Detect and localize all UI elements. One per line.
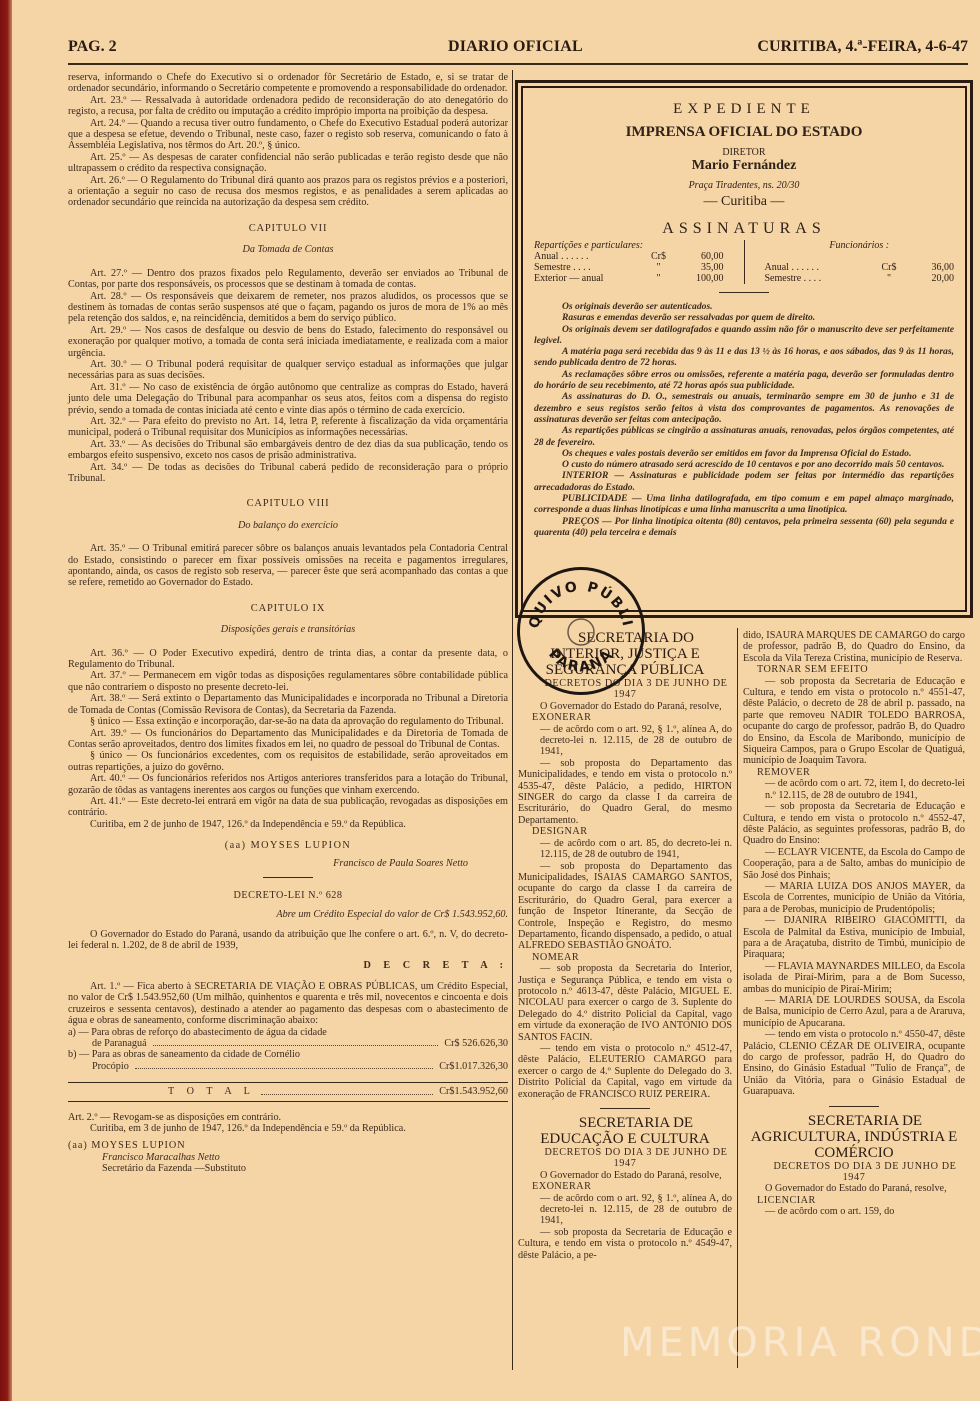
item-value: Cr$ 526.626,30 (444, 1038, 508, 1049)
article-24: Art. 24.º — Quando a recusa tiver outro … (68, 118, 508, 152)
publisher-name: IMPRENSA OFICIAL DO ESTADO (534, 124, 954, 141)
issue-date: CURITIBA, 4.ª-FEIRA, 4-6-47 (757, 38, 968, 56)
price-currency: " (874, 273, 904, 284)
newspaper-page: PAG. 2 DIARIO OFICIAL CURITIBA, 4.ª-FEIR… (60, 0, 975, 1401)
article-25: Art. 25.º — As despesas de carater confi… (68, 152, 508, 175)
item-label: b) — Para as obras de saneamento da cida… (68, 1049, 508, 1060)
chapter-subtitle: Disposições gerais e transitórias (68, 624, 508, 635)
paragraph: — sob proposta do Departamento das Munic… (518, 758, 732, 826)
svg-text:ARQUIVO PÚBLICO: ARQUIVO PÚBLICO (520, 570, 636, 630)
note: As reclamações sôbre erros ou omissões, … (534, 369, 954, 392)
price-label: Anual . . . . . . (534, 251, 644, 262)
paragraph: — sob proposta da Secretaria de Educação… (743, 801, 965, 847)
price-label: Semestre . . . . (534, 262, 644, 273)
dateline: Curitiba, em 2 de junho de 1947, 126.º d… (68, 819, 508, 830)
note: As assinaturas do D. O., semestrais ou a… (534, 391, 954, 425)
paragraph: — de acôrdo com o art. 159, do (743, 1206, 965, 1217)
article-36: Art. 36.º — O Poder Executivo expedirá, … (68, 648, 508, 671)
note: PREÇOS — Por linha linotípica oitenta (8… (534, 516, 954, 539)
article-31: Art. 31.º — No caso de existência de órg… (68, 382, 508, 416)
secretary-title: Secretário da Fazenda —Substituto (68, 1163, 508, 1174)
governor-signature: (aa) MOYSES LUPION (68, 1140, 508, 1151)
article-23: Art. 23.º — Ressalvada à autoridade orde… (68, 95, 508, 118)
subscription-prices: Repartições e particulares: Anual . . . … (534, 240, 954, 284)
paragraph: — de acôrdo com o art. 92, § 1.º, alínea… (518, 1193, 732, 1227)
governor-signature: (aa) MOYSES LUPION (68, 840, 508, 851)
paragraph: dido, ISAURA MARQUES DE CAMARGO do cargo… (743, 630, 965, 664)
note: A matéria paga será recebida das 9 às 11… (534, 346, 954, 369)
chapter-heading: CAPITULO VII (68, 223, 508, 234)
credit-total: T O T A L Cr$1.543.952,60 (68, 1082, 508, 1101)
watermark: MEMORIA RONDONENSE (620, 1320, 980, 1366)
divider (719, 292, 769, 293)
secretary-signature: Francisco de Paula Soares Netto (68, 858, 508, 869)
article-1: Art. 1.º — Fica aberto à SECRETARIA DE V… (68, 981, 508, 1027)
article-38: Art. 38.º — Será extinto o Departamento … (68, 693, 508, 716)
article-32: Art. 32.º — Para efeito do previsto no A… (68, 416, 508, 439)
paragraph: — sob proposta do Departamento das Munic… (518, 861, 732, 952)
decree-date: DECRETOS DO DIA 3 DE JUNHO DE 1947 (518, 1147, 732, 1170)
price-currency: " (644, 273, 674, 284)
price-label: Anual . . . . . . (765, 262, 875, 273)
right-column: dido, ISAURA MARQUES DE CAMARGO do cargo… (743, 630, 965, 1218)
article-34: Art. 34.º — De todas as decisões do Trib… (68, 462, 508, 485)
article-30: Art. 30.º — O Tribunal poderá requisitar… (68, 359, 508, 382)
decree-number: DECRETO-LEI N.º 628 (68, 890, 508, 901)
note: PUBLICIDADE — Uma linha datilografada, e… (534, 493, 954, 516)
total-value: Cr$1.543.952,60 (439, 1086, 508, 1097)
paragraph: — de acôrdo com o art. 92, § 1.º, alínea… (518, 724, 732, 758)
svg-text:PARANÁ: PARANÁ (545, 646, 617, 676)
article-2: Art. 2.º — Revogam-se as disposições em … (68, 1112, 508, 1123)
paragraph: — sob proposta da Secretaria do Interior… (518, 963, 732, 1043)
newspaper-title: DIARIO OFICIAL (448, 38, 583, 56)
chapter-subtitle: Da Tomada de Contas (68, 244, 508, 255)
note: O custo do número atrasado será acrescid… (534, 459, 954, 470)
column-rule (737, 628, 738, 1368)
section-heading-education: SECRETARIA DE EDUCAÇÃO E CULTURA (518, 1115, 732, 1147)
paragraph: — de acôrdo com o art. 72, item I, do de… (743, 778, 965, 801)
article-26: Art. 26.º — O Regulamento do Tribunal di… (68, 175, 508, 209)
note: INTERIOR — Assinaturas e publicidade pod… (534, 470, 954, 493)
archive-stamp: ARQUIVO PÚBLICO PARANÁ (517, 567, 645, 695)
expediente-title: EXPEDIENTE (534, 101, 954, 118)
paragraph: — de acôrdo com o art. 85, do decreto-le… (518, 838, 732, 861)
divider (600, 1108, 650, 1109)
paragraph: O Governador do Estado do Paraná, resolv… (743, 1183, 965, 1194)
note: Os cheques e vales postais deverão ser e… (534, 448, 954, 459)
price-label: Semestre . . . . (765, 273, 875, 284)
decree-date: DECRETOS DO DIA 3 DE JUNHO DE 1947 (743, 1161, 965, 1184)
secretary-signature: Francisco Maracalhas Netto (68, 1152, 508, 1163)
paragraph: — sob proposta da Secretaria de Educação… (518, 1227, 732, 1261)
article-38-paragraph: § único — Essa extinção e incorporação, … (68, 716, 508, 727)
article-39-paragraph: § único — Os funcionários excedentes, co… (68, 750, 508, 773)
article-27: Art. 27.º — Dentro dos prazos fixados pe… (68, 268, 508, 291)
action-heading: EXONERAR (518, 712, 732, 723)
paragraph: O Governador do Estado do Paraná, resolv… (518, 1170, 732, 1181)
item-label-cont: de Paranaguá (92, 1038, 147, 1049)
divider (263, 877, 313, 878)
subscription-group-label: Funcionários : (765, 240, 955, 251)
action-heading: NOMEAR (518, 952, 732, 963)
paragraph: reserva, informando o Chefe do Executivo… (68, 72, 508, 95)
subscriptions-title: ASSINATURAS (534, 220, 954, 238)
note: Os originais deverão ser autenticados. (534, 301, 954, 312)
header-rule (68, 63, 968, 65)
paragraph: — ECLAYR VICENTE, da Escola do Campo de … (743, 847, 965, 881)
article-41: Art. 41.º — Este decreto-lei entrará em … (68, 796, 508, 819)
item-label-cont: Procópio (92, 1061, 129, 1072)
action-heading: LICENCIAR (743, 1195, 965, 1206)
decree-intro: O Governador do Estado do Paraná, usando… (68, 929, 508, 952)
item-value: Cr$1.017.326,30 (439, 1061, 508, 1072)
action-heading: TORNAR SEM EFEITO (743, 664, 965, 675)
chapter-heading: CAPITULO VIII (68, 498, 508, 509)
paragraph: — sob proposta da Secretaria de Educação… (743, 676, 965, 767)
note: Os originais devem ser datilografados e … (534, 324, 954, 347)
price-label: Exterior — anual (534, 273, 644, 284)
total-label: T O T A L (68, 1086, 255, 1097)
credit-item-b: b) — Para as obras de saneamento da cida… (68, 1049, 508, 1072)
decreta-heading: D E C R E T A : (68, 960, 508, 971)
price-value: 35,00 (674, 262, 724, 273)
price-value: 36,00 (904, 262, 954, 273)
paragraph: — tendo em vista o protocolo n.º 4550-47… (743, 1029, 965, 1097)
section-heading-agriculture: SECRETARIA DE AGRICULTURA, INDÚSTRIA E C… (743, 1113, 965, 1161)
decree-summary: Abre um Crédito Especial do valor de Cr$… (68, 909, 508, 920)
note: Rasuras e emendas deverão ser ressalvada… (534, 312, 954, 323)
note: As repartições públicas se cingirão a as… (534, 425, 954, 448)
chapter-subtitle: Do balanço do exercício (68, 520, 508, 531)
paragraph: — FLAVIA MAYNARDES MILLEO, da Escola iso… (743, 961, 965, 995)
article-40: Art. 40.º — Os funcionários referidos no… (68, 773, 508, 796)
page-header: PAG. 2 DIARIO OFICIAL CURITIBA, 4.ª-FEIR… (68, 38, 968, 60)
article-37: Art. 37.º — Permanecem em vigôr todas as… (68, 670, 508, 693)
divider (829, 1106, 879, 1107)
dateline: Curitiba, em 3 de junho de 1947, 126.º d… (68, 1123, 508, 1134)
page-number: PAG. 2 (68, 38, 117, 56)
column-rule (512, 70, 513, 1370)
price-value: 60,00 (674, 251, 724, 262)
item-label: a) — Para obras de reforço do abastecime… (68, 1027, 508, 1038)
paragraph: — DJANIRA RIBEIRO GIACOMITTI, da Escola … (743, 915, 965, 961)
expediente-box: EXPEDIENTE IMPRENSA OFICIAL DO ESTADO DI… (515, 80, 973, 618)
publisher-city: — Curitiba — (534, 194, 954, 210)
price-currency: " (644, 262, 674, 273)
action-heading: DESIGNAR (518, 826, 732, 837)
paragraph: O Governador do Estado do Paraná, resolv… (518, 701, 732, 712)
publication-notes: Os originais deverão ser autenticados. R… (534, 301, 954, 538)
price-currency: Cr$ (644, 251, 674, 262)
action-heading: EXONERAR (518, 1181, 732, 1192)
middle-column: SECRETARIA DO INTERIOR, JUSTIÇA E SEGURA… (518, 630, 732, 1261)
paragraph: — MARIA DE LOURDES SOUSA, da Escola de B… (743, 995, 965, 1029)
credit-item-a: a) — Para obras de reforço do abastecime… (68, 1027, 508, 1050)
paragraph: — tendo em vista o protocolo n.º 4512-47… (518, 1043, 732, 1100)
price-value: 100,00 (674, 273, 724, 284)
subscription-group-label: Repartições e particulares: (534, 240, 724, 251)
chapter-heading: CAPITULO IX (68, 603, 508, 614)
page-binding-edge (0, 0, 12, 1401)
article-35: Art. 35.º — O Tribunal emitirá parecer s… (68, 543, 508, 589)
stamp-emblem-icon: ARQUIVO PÚBLICO PARANÁ (520, 570, 642, 692)
article-28: Art. 28.º — Os responsáveis que deixarem… (68, 291, 508, 325)
action-heading: REMOVER (743, 767, 965, 778)
paragraph: — MARIA LUIZA DOS ANJOS MAYER, da Escola… (743, 881, 965, 915)
price-value: 20,00 (904, 273, 954, 284)
article-39: Art. 39.º — Os funcionários do Departame… (68, 728, 508, 751)
publisher-address: Praça Tiradentes, ns. 20/30 (534, 180, 954, 191)
director-label: DIRETOR (534, 147, 954, 158)
price-currency: Cr$ (874, 262, 904, 273)
article-33: Art. 33.º — As decisões do Tribunal são … (68, 439, 508, 462)
article-29: Art. 29.º — Nos casos de desfalque ou de… (68, 325, 508, 359)
left-column: reserva, informando o Chefe do Executivo… (68, 72, 508, 1175)
director-name: Mario Fernández (534, 158, 954, 174)
